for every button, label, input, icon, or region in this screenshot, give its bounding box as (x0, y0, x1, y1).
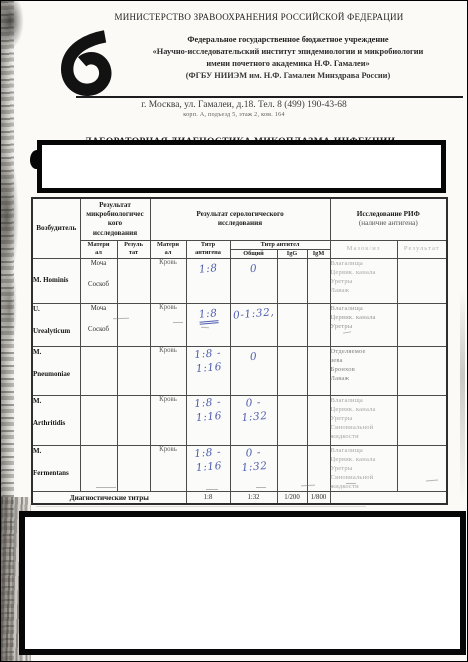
antibody-total-cell: 0 (230, 258, 277, 303)
scan-smudge (2, 261, 17, 351)
pencil-mark (346, 483, 356, 484)
rif-smear-cell: Влагалища Цервик. канала Уретры (330, 303, 397, 346)
micro-material-cell: Моча Соскоб (80, 303, 117, 346)
col-header-micro-group: Результат микробиологичес кого исследова… (80, 198, 150, 240)
micro-material-cell (80, 346, 117, 395)
col-header-sero-group: Результат серологического исследования (150, 198, 330, 240)
col-header-pathogen: Возбудитель (32, 198, 80, 258)
pencil-mark (173, 322, 183, 323)
antibody-igg-cell (277, 258, 307, 303)
rif-group-line1: Исследование РИФ (331, 210, 447, 219)
diagnostic-igg-titer: 1/200 (277, 491, 307, 504)
micro-material-cell (80, 395, 117, 445)
sero-material-cell: Кровь (150, 445, 186, 491)
sero-material-cell: Кровь (150, 346, 186, 395)
col-header-rif-result: Результат (397, 240, 447, 258)
col-header-micro-material: Матери ал (80, 240, 117, 258)
diagnostic-igm-titer: 1/800 (307, 491, 330, 504)
institution-line: имени почетного академика Н.Ф. Гамалеи» (113, 58, 463, 70)
sero-material-cell: Кровь (150, 395, 186, 445)
micro-result-cell (117, 346, 150, 395)
antibody-igg-cell (277, 395, 307, 445)
antigen-titer-cell: 1:8 - 1:16 (186, 445, 230, 491)
address-sub-line: корп. А, подъезд 5, этаж 2, ком. 164 (41, 112, 427, 118)
institute-logo-icon (53, 30, 115, 96)
diagnostic-empty-cell (330, 491, 447, 504)
scan-smudge (0, 0, 24, 49)
col-header-micro-result: Резуль тат (117, 240, 150, 258)
sero-material-cell: Кровь (150, 258, 186, 303)
rif-smear-cell: Влагалища Цервик. канала Уретры Синовиал… (330, 445, 397, 491)
redaction-box-top (37, 140, 446, 193)
micro-material-cell (80, 445, 117, 491)
redaction-box-bottom (19, 511, 466, 655)
antibody-igm-cell (307, 258, 330, 303)
rif-result-cell (397, 445, 447, 491)
table-row: U. Urealyticum Моча Соскоб Кровь 1:8 0-1… (32, 303, 447, 346)
address-line: г. Москва, ул. Гамалеи, д.18. Тел. 8 (49… (41, 100, 447, 110)
antigen-titer-cell: 1:8 - 1:16 (186, 395, 230, 445)
letterhead-divider (76, 96, 463, 98)
rif-group-line2: (наличие антигена) (331, 219, 447, 228)
table-row: M. Hominis Моча Соскоб Кровь 1:8 0 Влага… (32, 258, 447, 303)
pathogen-cell: M. Pneumoniae (32, 346, 80, 395)
rif-result-cell (397, 346, 447, 395)
col-header-total: Общий (230, 249, 277, 258)
institution-line: (ФГБУ НИИЭМ им. Н.Ф. Гамалеи Минздрава Р… (113, 70, 463, 82)
pencil-mark (256, 487, 266, 488)
diagnostic-titers-label: Диагностические титры (32, 491, 186, 504)
col-header-antigen-titer: Титр антигена (186, 240, 230, 258)
institution-name-block: Федеральное государственное бюджетное уч… (113, 34, 463, 82)
institution-line: Федеральное государственное бюджетное уч… (113, 34, 463, 46)
pathogen-cell: M. Arthritidis (32, 395, 80, 445)
ministry-title: МИНИСТЕРСТВО ЗРАВООХРАНЕНИЯ РОССИЙСКОЙ Ф… (61, 12, 457, 22)
diagnostic-titers-row: Диагностические титры 1:8 1:32 1/200 1/8… (32, 491, 447, 504)
col-header-sero-material: Матери ал (150, 240, 186, 258)
micro-result-cell (117, 303, 150, 346)
col-header-rif-group: Исследование РИФ (наличие антигена) (330, 198, 447, 240)
antibody-total-cell: 0 - 1:32 (230, 395, 277, 445)
diagnostic-antigen-titer: 1:8 (186, 491, 230, 504)
institution-line: «Научно-исследовательский институт эпиде… (113, 46, 463, 58)
antibody-igg-cell (277, 346, 307, 395)
col-header-igm: IgM (307, 249, 330, 258)
col-header-igg: IgG (277, 249, 307, 258)
antibody-total-cell: 0-1:32, (230, 303, 277, 346)
micro-result-cell (117, 258, 150, 303)
rif-result-cell (397, 395, 447, 445)
col-header-rif-smear: Мазок/из (330, 240, 397, 258)
antibody-igm-cell (307, 303, 330, 346)
antigen-titer-cell: 1:8 - 1:16 (186, 346, 230, 395)
col-header-antibody-group: Титр антител (230, 240, 330, 249)
pencil-mark (96, 487, 116, 488)
antigen-titer-cell: 1:8 (186, 258, 230, 303)
antigen-titer-cell: 1:8 (186, 303, 230, 346)
pathogen-cell: U. Urealyticum (32, 303, 80, 346)
micro-material-cell: Моча Соскоб (80, 258, 117, 303)
pathogen-cell: M. Fermentans (32, 445, 80, 491)
rif-smear-cell: Влагалища Цервик. канала Уретры Лаваж (330, 258, 397, 303)
micro-result-cell (117, 445, 150, 491)
scan-faint-line (36, 506, 366, 507)
scan-right-shade (460, 291, 465, 501)
diagnostic-total-titer: 1:32 (230, 491, 277, 504)
table-row: M. Arthritidis Кровь 1:8 - 1:16 0 - 1:32… (32, 395, 447, 445)
scanned-lab-report-page: МИНИСТЕРСТВО ЗРАВООХРАНЕНИЯ РОССИЙСКОЙ Ф… (0, 0, 468, 662)
sero-material-cell: Кровь (150, 303, 186, 346)
micro-result-cell (117, 395, 150, 445)
rif-smear-cell: Отделяемое зева Бронхов Лаваж (330, 346, 397, 395)
antibody-igg-cell (277, 303, 307, 346)
rif-result-cell (397, 258, 447, 303)
table-row: M. Fermentans Кровь 1:8 - 1:16 0 - 1:32 … (32, 445, 447, 491)
lab-results-table: Возбудитель Результат микробиологичес ко… (31, 197, 448, 505)
antibody-igm-cell (307, 346, 330, 395)
pathogen-cell: M. Hominis (32, 258, 80, 303)
rif-result-cell (397, 303, 447, 346)
pencil-mark (206, 489, 218, 490)
antibody-total-cell: 0 (230, 346, 277, 395)
antibody-igm-cell (307, 395, 330, 445)
table-row: M. Pneumoniae Кровь 1:8 - 1:16 0 Отделяе… (32, 346, 447, 395)
antibody-total-cell: 0 - 1:32 (230, 445, 277, 491)
gamaleya-institute-logo (53, 30, 115, 96)
rif-smear-cell: Влагалища Цервик. канала Уретры Синовиал… (330, 395, 397, 445)
